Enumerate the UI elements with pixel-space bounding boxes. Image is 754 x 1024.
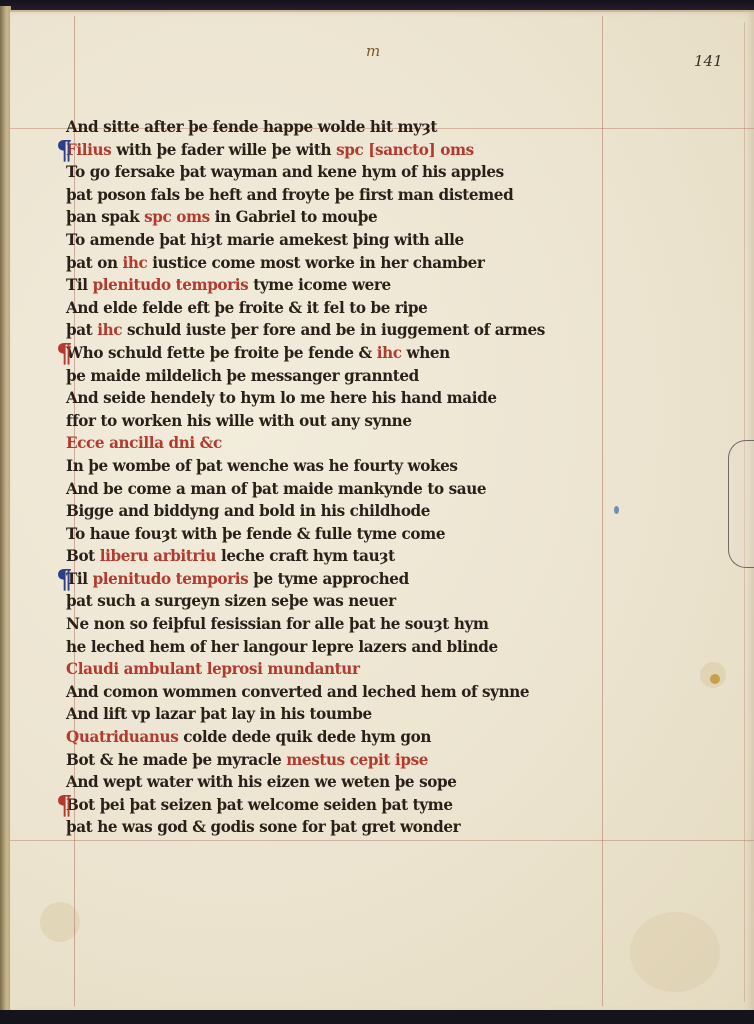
line-text: þe maide mildelich þe messanger grannted <box>66 366 419 385</box>
line-text: Who schuld fette þe froite þe fende & <box>66 343 377 362</box>
rubric-text: spc [sancto] oms <box>336 140 474 159</box>
text-line: Ne non so feiþful fesissian for alle þat… <box>66 613 674 636</box>
text-line: þat poson fals be heft and froyte þe fir… <box>66 184 674 207</box>
clasp-loop <box>728 440 754 568</box>
rubric-text: liberu arbitriu <box>100 546 216 565</box>
line-text: in Gabriel to mouþe <box>210 207 377 226</box>
text-line: And lift vp lazar þat lay in his toumbe <box>66 703 674 726</box>
line-text: he leched hem of her langour lepre lazer… <box>66 637 498 656</box>
line-text: Bot & he made þe myracle <box>66 750 286 769</box>
line-text: Bigge and biddyng and bold in his childh… <box>66 501 430 520</box>
text-line: ffor to worken his wille with out any sy… <box>66 410 674 433</box>
rubric-text: plenitudo temporis <box>93 275 249 294</box>
text-line: þat ihc schuld iuste þer fore and be in … <box>66 319 674 342</box>
line-text: þat poson fals be heft and froyte þe fir… <box>66 185 513 204</box>
line-text: To go fersake þat wayman and kene hym of… <box>66 162 504 181</box>
text-line: þe maide mildelich þe messanger grannted <box>66 365 674 388</box>
text-line: þat he was god & godis sone for þat gret… <box>66 816 674 839</box>
text-line: he leched hem of her langour lepre lazer… <box>66 636 674 659</box>
line-text: iustice come most worke in her chamber <box>147 253 484 272</box>
line-text: þat on <box>66 253 123 272</box>
line-text: schuld iuste þer fore and be in iuggemen… <box>122 320 545 339</box>
text-line: þan spak spc oms in Gabriel to mouþe <box>66 206 674 229</box>
line-text: To amende þat hiȝt marie amekest þing wi… <box>66 230 464 249</box>
ruling-bottom <box>10 840 754 841</box>
line-text: Bot <box>66 546 100 565</box>
text-line: ¶Filius with þe fader wille þe with spc … <box>66 139 674 162</box>
line-text: þat such a surgeyn sizen seþe was neuer <box>66 591 396 610</box>
line-text: þe tyme approched <box>248 569 408 588</box>
text-line: In þe wombe of þat wenche was he fourty … <box>66 455 674 478</box>
text-block: And sitte after þe fende happe wolde hit… <box>66 116 686 839</box>
folio-number: 141 <box>694 52 723 70</box>
text-line: And seide hendely to hym lo me here his … <box>66 387 674 410</box>
text-line: Bigge and biddyng and bold in his childh… <box>66 500 674 523</box>
line-text: And wept water with his eizen we weten þ… <box>66 772 456 791</box>
rubric-text: Quatriduanus <box>66 727 178 746</box>
text-line: ¶Who schuld fette þe froite þe fende & i… <box>66 342 674 365</box>
rubric-text: plenitudo temporis <box>93 569 249 588</box>
line-text: when <box>402 343 450 362</box>
line-text: ffor to worken his wille with out any sy… <box>66 411 412 430</box>
text-line: To amende þat hiȝt marie amekest þing wi… <box>66 229 674 252</box>
line-text: with þe fader wille þe with <box>111 140 336 159</box>
paragraph-mark-icon: ¶ <box>56 794 72 818</box>
stain <box>630 912 720 992</box>
line-text: þat <box>66 320 97 339</box>
text-line: ¶Bot þei þat seizen þat welcome seiden þ… <box>66 794 674 817</box>
line-text: þat he was god & godis sone for þat gret… <box>66 817 460 836</box>
text-line: To go fersake þat wayman and kene hym of… <box>66 161 674 184</box>
text-line: Quatriduanus colde dede quik dede hym go… <box>66 726 674 749</box>
line-text: þan spak <box>66 207 144 226</box>
line-text: tyme icome were <box>248 275 390 294</box>
line-text: Bot þei þat seizen þat welcome seiden þa… <box>66 795 453 814</box>
line-text: And comon wommen converted and leched he… <box>66 682 529 701</box>
book-bottom-edge <box>0 1010 754 1024</box>
text-line: Bot liberu arbitriu leche craft hym tauȝ… <box>66 545 674 568</box>
text-line: Til plenitudo temporis tyme icome were <box>66 274 674 297</box>
rubric-text: ihc <box>123 253 148 272</box>
paragraph-mark-icon: ¶ <box>56 568 72 592</box>
rubric-text: Filius <box>66 140 111 159</box>
line-text: Ne non so feiþful fesissian for alle þat… <box>66 614 489 633</box>
text-line: þat on ihc iustice come most worke in he… <box>66 252 674 275</box>
paragraph-mark-icon: ¶ <box>56 139 72 163</box>
line-text: colde dede quik dede hym gon <box>178 727 431 746</box>
rubric-text: spc oms <box>144 207 210 226</box>
line-text: And sitte after þe fende happe wolde hit… <box>66 117 437 136</box>
line-text: To haue fouȝt with þe fende & fulle tyme… <box>66 524 445 543</box>
line-text: And seide hendely to hym lo me here his … <box>66 388 497 407</box>
text-line: ¶Til plenitudo temporis þe tyme approche… <box>66 568 674 591</box>
quire-signature: m <box>366 42 380 60</box>
line-text: leche craft hym tauȝt <box>216 546 395 565</box>
text-line: And be come a man of þat maide mankynde … <box>66 478 674 501</box>
text-line: Claudi ambulant leprosi mundantur <box>66 658 674 681</box>
rubric-text: ihc <box>97 320 122 339</box>
text-line: And comon wommen converted and leched he… <box>66 681 674 704</box>
line-text: In þe wombe of þat wenche was he fourty … <box>66 456 458 475</box>
text-line: Bot & he made þe myracle mestus cepit ip… <box>66 749 674 772</box>
text-line: And wept water with his eizen we weten þ… <box>66 771 674 794</box>
rubric-text: Ecce ancilla dni &c <box>66 433 222 452</box>
text-line: Ecce ancilla dni &c <box>66 432 674 455</box>
line-text: And elde felde eft þe froite & it fel to… <box>66 298 427 317</box>
wax-spot <box>710 674 720 684</box>
text-line: þat such a surgeyn sizen seþe was neuer <box>66 590 674 613</box>
rubric-text: Claudi ambulant leprosi mundantur <box>66 659 360 678</box>
rubric-text: mestus cepit ipse <box>286 750 428 769</box>
text-line: And elde felde eft þe froite & it fel to… <box>66 297 674 320</box>
line-text: Til <box>66 275 93 294</box>
line-text: And be come a man of þat maide mankynde … <box>66 479 486 498</box>
rubric-text: ihc <box>377 343 402 362</box>
line-text: And lift vp lazar þat lay in his toumbe <box>66 704 372 723</box>
text-line: And sitte after þe fende happe wolde hit… <box>66 116 674 139</box>
text-line: To haue fouȝt with þe fende & fulle tyme… <box>66 523 674 546</box>
paragraph-mark-icon: ¶ <box>56 342 72 366</box>
